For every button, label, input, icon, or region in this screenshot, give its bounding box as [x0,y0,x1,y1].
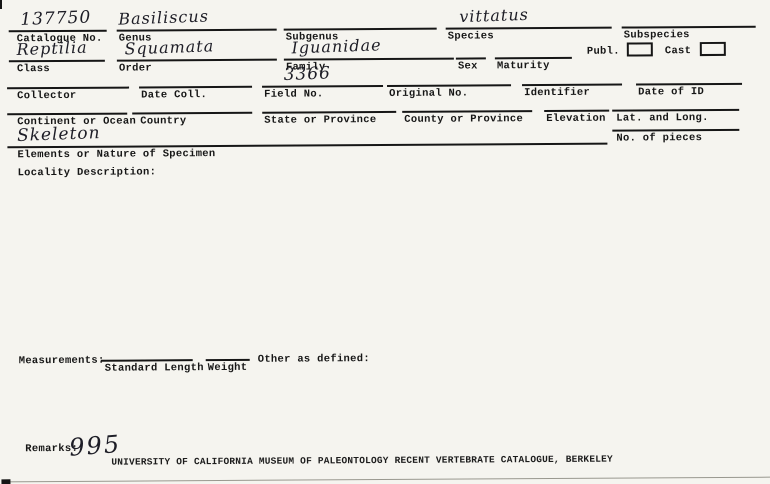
scan-corner-tick [0,0,2,9]
county-or-province-value [402,86,533,110]
country-value [132,88,253,112]
subspecies-value [621,2,756,27]
weight-label: Weight [206,361,250,374]
field-weight: Weight [206,339,250,374]
identifier-value [521,61,622,84]
scan-artifact [1,479,10,484]
species-value: vittatus [445,2,612,28]
maturity-value [494,35,572,58]
no-of-pieces-label: No. of pieces [612,131,739,145]
elements-or-nature-label: Elements or Nature of Specimen [7,145,607,162]
standard-length-value [100,337,193,360]
catalogue-no-value: 137750 [8,7,107,30]
field-no-of-pieces: No. of pieces [612,109,739,145]
card-content: 137750 Catalogue No. Basiliscus Genus Su… [0,0,770,484]
original-no-value [386,61,511,85]
continent-or-ocean-value [7,89,128,113]
other-as-defined-label: Other as defined: [258,353,370,366]
no-of-pieces-value [612,105,740,129]
sex-value [455,37,486,58]
date-of-id-value [635,60,742,84]
field-no-value: 3366 [261,62,383,86]
order-value: Squamata [116,34,277,59]
catalogue-card: 137750 Catalogue No. Basiliscus Genus Su… [0,0,770,484]
card-bottom-edge [1,477,770,483]
publ-checkbox [627,42,653,56]
locality-description-label: Locality Description: [18,166,157,179]
genus-value: Basiliscus [116,4,277,29]
field-standard-length: Standard Length [101,339,193,375]
weight-value [205,338,250,359]
class-value: Reptilia [8,37,105,60]
publ-label: Publ. [587,46,620,58]
measurements-label: Measurements: [19,355,105,368]
field-elements-or-nature: Skeleton Elements or Nature of Specimen [7,123,607,162]
collector-value [6,63,129,87]
field-subspecies: Subspecies [622,6,756,42]
cast-label: Cast [665,45,691,57]
standard-length-label: Standard Length [101,361,193,375]
subgenus-value [283,3,437,28]
date-coll-value [138,63,252,87]
cast-checkbox [700,42,726,56]
footer-text: UNIVERSITY OF CALIFORNIA MUSEUM OF PALEO… [111,454,613,468]
subspecies-label: Subspecies [622,28,756,42]
state-or-province-value [262,87,397,112]
